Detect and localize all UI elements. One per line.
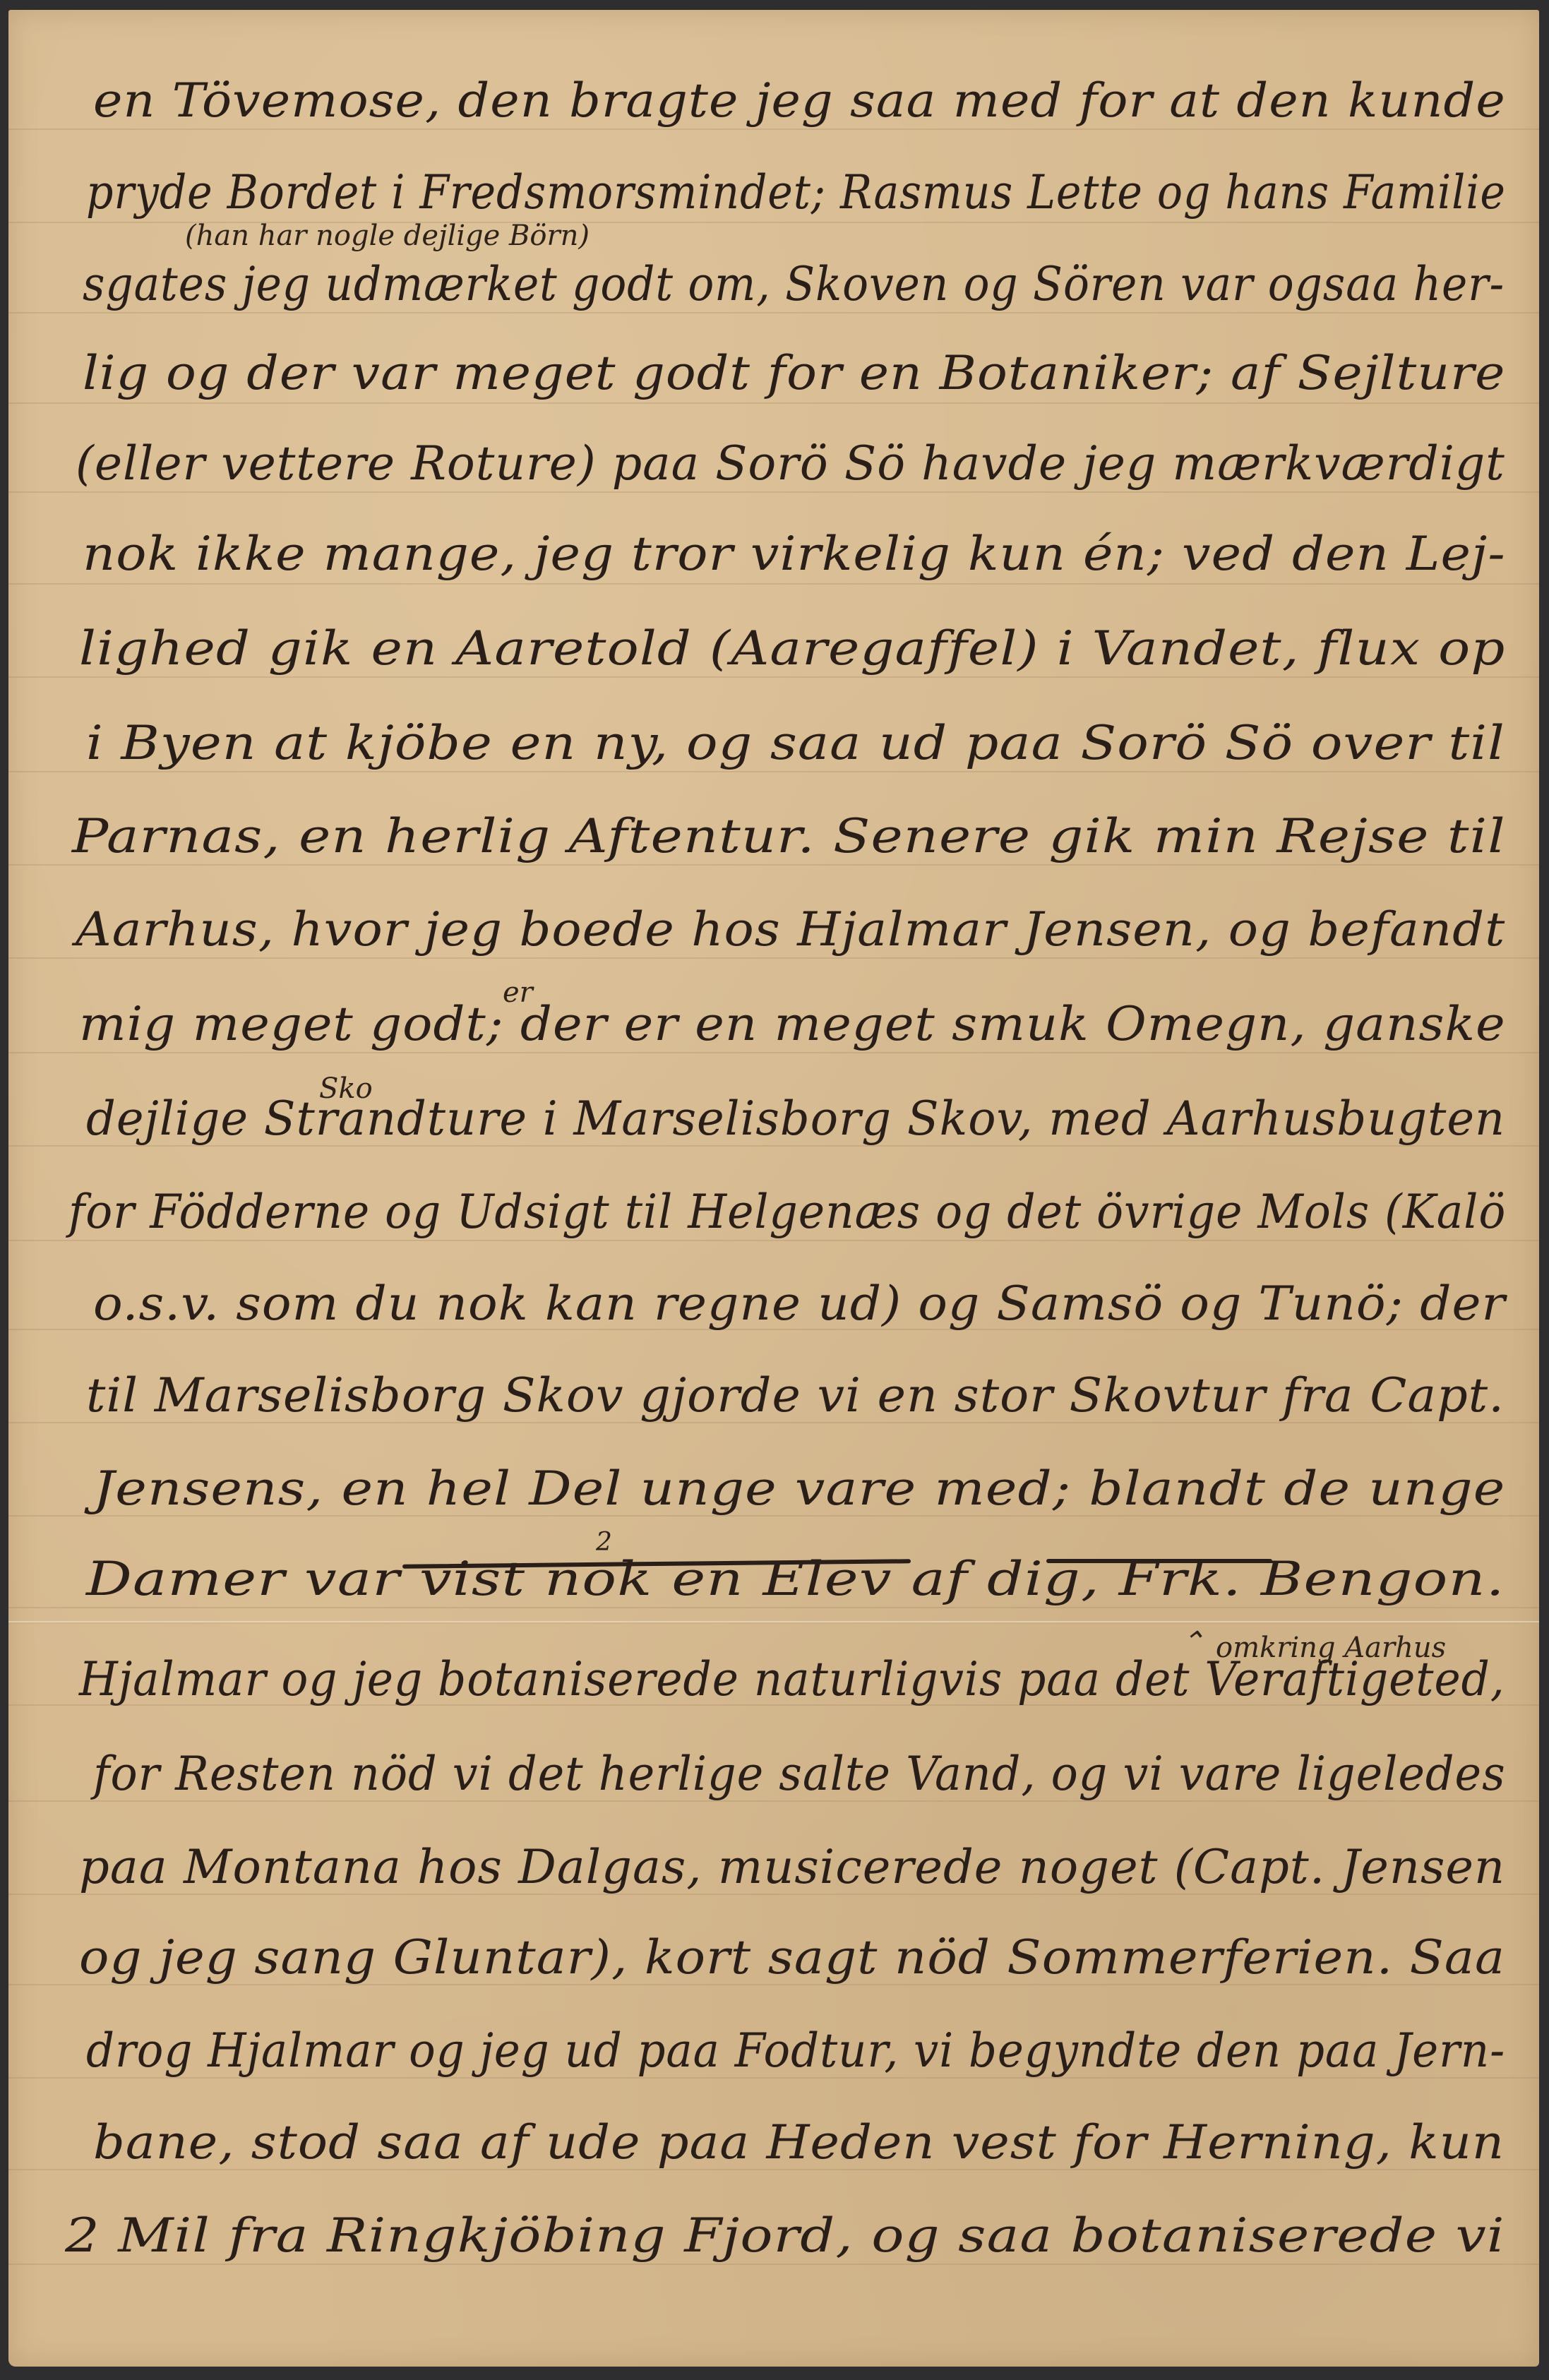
text-line: nok ikke mange, jeg tror virkelig kun én… [83,531,1506,578]
ruled-line [8,771,1539,772]
text-line: pryde Bordet i Fredsmorsmindet; Rasmus L… [86,169,1506,216]
text-line: Parnas, en herlig Aftentur. Senere gik m… [72,813,1506,860]
text-line: og jeg sang Gluntar), kort sagt nöd Somm… [79,1935,1505,1981]
ruled-line [8,1052,1539,1053]
ruled-line [8,957,1539,959]
ruled-line [8,128,1539,130]
ruled-line [8,491,1539,493]
ruled-line [8,583,1539,585]
text-line: bane, stod saa af ude paa Heden vest for… [93,2119,1505,2166]
text-line: for Födderne og Udsigt til Helgenæs og d… [68,1189,1506,1236]
text-line: for Resten nöd vi det herlige salte Vand… [93,1751,1506,1798]
text-line: (eller vettere Roture) paa Sorö Sö havde… [76,441,1505,487]
text-line: dejlige Strandture i Marselisborg Skov, … [86,1096,1505,1142]
ruled-line [8,1240,1539,1241]
text-line: o.s.v. som du nok kan regne ud) og Samsö… [93,1281,1506,1327]
ruled-line [8,1607,1539,1608]
letter-page: en Tövemose, den bragte jeg saa med for … [8,10,1539,2367]
ruled-line [8,312,1539,313]
ruled-line [8,676,1539,678]
text-line: lig og der var meget godt for en Botanik… [83,350,1505,397]
text-line: Aarhus, hvor jeg boede hos Hjalmar Jense… [76,907,1505,953]
text-line: i Byen at kjöbe en ny, og saa ud paa Sor… [86,720,1505,767]
text-line: til Marselisborg Skov gjorde vi en stor … [86,1373,1505,1419]
ruled-line [8,402,1539,404]
paper-fold [8,1621,1539,1624]
ruled-line [8,2264,1539,2265]
interlinear-note: (han har nogle dejlige Börn) [185,222,590,250]
text-line: Jensens, en hel Del unge vare med; bland… [93,1466,1505,1512]
text-line: Hjalmar og jeg botaniserede naturligvis … [79,1656,1505,1703]
text-line: Damer var vist nok en Elev af dig, Frk. … [86,1556,1505,1603]
ruled-line [8,864,1539,866]
text-line: en Tövemose, den bragte jeg saa med for … [93,78,1506,124]
text-line: mig meget godt; der er en meget smuk Ome… [79,1001,1506,1048]
text-line: 2 Mil fra Ringkjöbing Fjord, og saa bota… [65,2213,1505,2259]
text-line: drog Hjalmar og jeg ud paa Fodtur, vi be… [86,2028,1505,2074]
text-line: lighed gik en Aaretold (Aaregaffel) i Va… [79,626,1505,672]
text-line: paa Montana hos Dalgas, musicerede noget… [79,1844,1505,1891]
text-line: sgates jeg udmærket godt om, Skoven og S… [83,261,1505,308]
